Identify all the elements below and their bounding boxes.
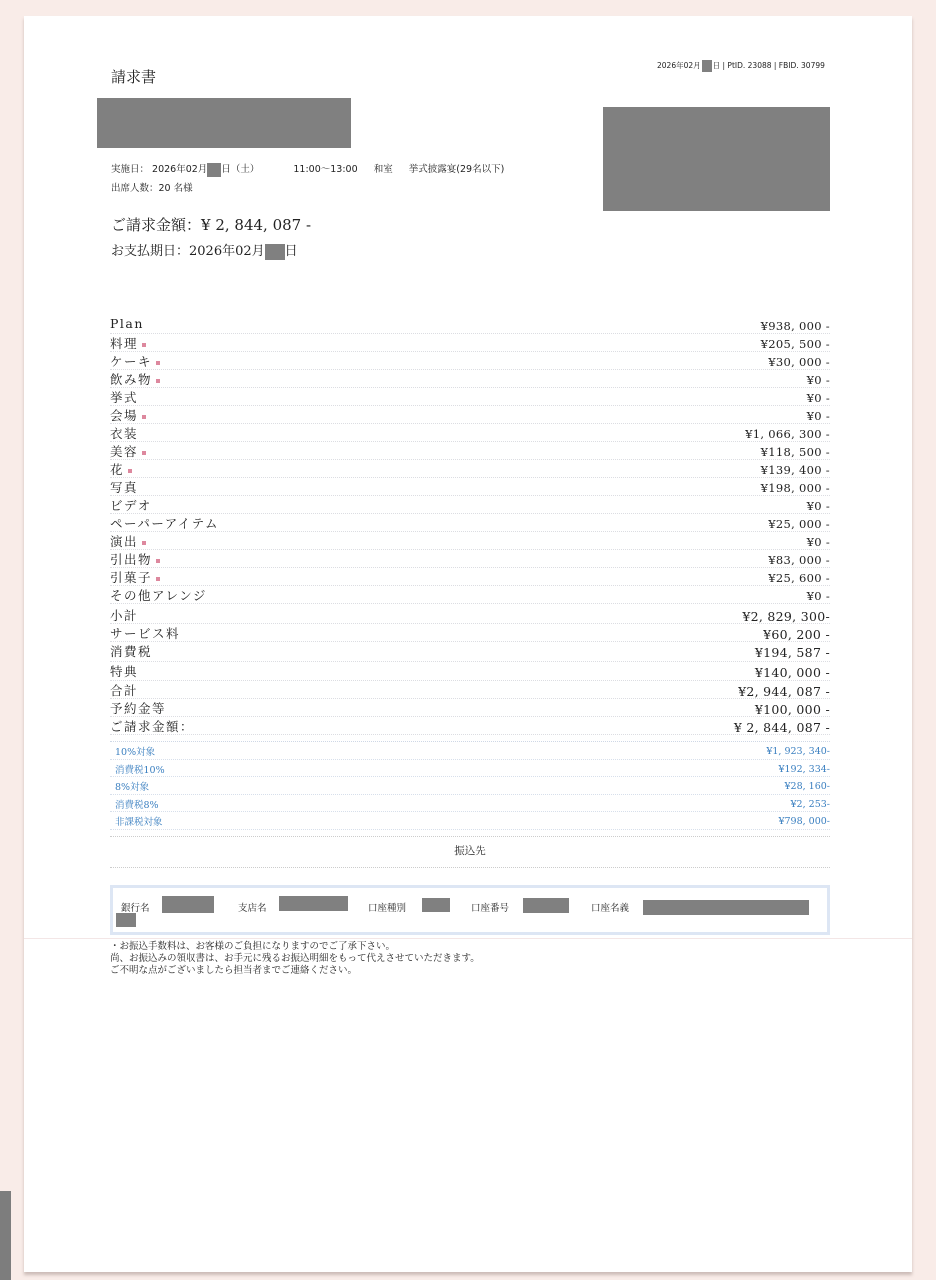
tax-row: 非課税対象¥798, 000-: [110, 812, 830, 830]
event-date-value: 2026年02月: [152, 164, 207, 175]
summary-label: 合計: [110, 681, 138, 699]
summary-amount: ¥60, 200 -: [763, 627, 830, 642]
bank-section-title: 振込先: [110, 836, 830, 868]
line-item-label: 挙式: [110, 388, 138, 406]
summary-row: 合計¥2, 944, 087 -: [110, 681, 830, 699]
line-item-row: ケーキ¥30, 000 -: [110, 352, 830, 370]
line-item-amount: ¥25, 000 -: [768, 517, 830, 531]
tax-amount: ¥28, 160-: [784, 781, 830, 792]
line-item-row: 演出¥0 -: [110, 532, 830, 550]
summary-row: 予約金等¥100, 000 -: [110, 699, 830, 717]
line-item-amount: ¥0 -: [807, 499, 830, 513]
bank-name-label: 銀行名: [121, 900, 150, 914]
tax-label: 非課税対象: [115, 814, 163, 828]
line-item-label: Plan: [110, 316, 144, 331]
summary-label: ご請求金額：: [110, 717, 194, 735]
line-item-label: 美容: [110, 442, 146, 460]
line-item-label: ビデオ: [110, 496, 152, 514]
line-item-row: 料理¥205, 500 -: [110, 334, 830, 352]
line-item-row: 引菓子¥25, 600 -: [110, 568, 830, 586]
summary-label: 小計: [110, 606, 138, 624]
line-item-row: ビデオ¥0 -: [110, 496, 830, 514]
line-item-label: 飲み物: [110, 370, 160, 388]
invoice-page: 請求書 2026年02月日 | PtID. 23088 | FBID. 3079…: [24, 16, 912, 1272]
summary-amount: ¥2, 829, 300-: [742, 609, 830, 624]
summary-label: 消費税: [110, 642, 152, 660]
summary-amount: ¥100, 000 -: [755, 702, 830, 717]
line-item-label: 引菓子: [110, 568, 160, 586]
line-item-row: 美容¥118, 500 -: [110, 442, 830, 460]
summary-label: 予約金等: [110, 699, 166, 717]
summary-row: 消費税¥194, 587 -: [110, 642, 830, 662]
line-item-label: ケーキ: [110, 352, 160, 370]
event-time: 11:00〜13:00: [293, 164, 357, 175]
line-item-amount: ¥205, 500 -: [761, 337, 830, 351]
line-item-amount: ¥0 -: [807, 409, 830, 423]
line-items-table: Plan¥938, 000 -料理¥205, 500 -ケーキ¥30, 000 …: [110, 316, 830, 735]
due-date-suffix: 日: [285, 244, 298, 259]
line-item-amount: ¥198, 000 -: [761, 481, 830, 495]
payment-notes: ・お振込手数料は、お客様のご負担になりますのでご了承下さい。 尚、お振込みの領収…: [110, 941, 480, 977]
tax-mark-icon: [156, 559, 160, 563]
summary-label: 特典: [110, 662, 138, 680]
bank-details-box: 銀行名 支店名 口座種別 口座番号 口座名義: [110, 885, 830, 935]
summary-row: ご請求金額：¥ 2, 844, 087 -: [110, 717, 830, 735]
line-item-label: 写真: [110, 478, 138, 496]
account-type-label: 口座種別: [368, 900, 406, 914]
event-info: 実施日： 2026年02月日（土） 11:00〜13:00 和室 挙式披露宴(2…: [111, 161, 504, 177]
tax-label: 10%対象: [115, 744, 155, 758]
tax-row: 消費税8%¥2, 253-: [110, 795, 830, 813]
due-date: お支払期日：2026年02月日: [111, 240, 298, 260]
redacted-venue-block: [603, 107, 830, 211]
due-date-label: お支払期日：: [111, 244, 189, 259]
page-fold-line: [24, 938, 912, 939]
due-date-value: 2026年02月: [189, 244, 265, 259]
line-item-amount: ¥0 -: [807, 391, 830, 405]
summary-row: サービス料¥60, 200 -: [110, 624, 830, 642]
line-item-amount: ¥0 -: [807, 589, 830, 603]
billing-total-value: ¥ 2, 844, 087 -: [201, 216, 311, 234]
note-line: ・お振込手数料は、お客様のご負担になりますのでご了承下さい。: [110, 941, 480, 953]
line-item-label: その他アレンジ: [110, 586, 207, 604]
tax-mark-icon: [142, 343, 146, 347]
line-item-amount: ¥83, 000 -: [768, 553, 830, 567]
tax-mark-icon: [142, 415, 146, 419]
redacted-day: [207, 163, 221, 177]
line-item-row: Plan¥938, 000 -: [110, 316, 830, 334]
line-item-label: 料理: [110, 334, 146, 352]
line-item-row: 花¥139, 400 -: [110, 460, 830, 478]
redacted-branch: [279, 896, 348, 911]
line-item-row: 写真¥198, 000 -: [110, 478, 830, 496]
redacted-account-type: [422, 898, 450, 912]
summary-amount: ¥194, 587 -: [755, 645, 830, 660]
redacted-due-day: [265, 244, 285, 260]
event-date-suffix: 日（土）: [221, 164, 259, 175]
line-item-label: ペーパーアイテム: [110, 514, 219, 532]
line-item-label: 引出物: [110, 550, 160, 568]
redacted-customer-name: [97, 98, 351, 148]
line-item-label: 演出: [110, 532, 146, 550]
line-item-row: 衣装¥1, 066, 300 -: [110, 424, 830, 442]
tax-mark-icon: [156, 361, 160, 365]
tax-label: 消費税10%: [115, 762, 165, 776]
line-item-amount: ¥0 -: [807, 373, 830, 387]
branch-label: 支店名: [238, 900, 267, 914]
summary-amount: ¥140, 000 -: [755, 665, 830, 680]
account-number-label: 口座番号: [471, 900, 509, 914]
line-item-row: 挙式¥0 -: [110, 388, 830, 406]
tax-amount: ¥1, 923, 340-: [766, 746, 830, 757]
redacted-account-holder: [643, 900, 809, 915]
redacted-account-number: [523, 898, 569, 913]
line-item-amount: ¥118, 500 -: [761, 445, 830, 459]
billing-total: ご請求金額：¥ 2, 844, 087 -: [111, 214, 311, 235]
summary-label: サービス料: [110, 624, 180, 642]
invoice-title: 請求書: [111, 66, 156, 87]
line-item-amount: ¥30, 000 -: [768, 355, 830, 369]
summary-amount: ¥2, 944, 087 -: [738, 684, 830, 699]
guest-count: 出席人数：20 名様: [111, 180, 193, 194]
tax-breakdown-table: 10%対象¥1, 923, 340-消費税10%¥192, 334-8%対象¥2…: [110, 741, 830, 830]
tax-amount: ¥192, 334-: [778, 764, 830, 775]
tax-amount: ¥798, 000-: [778, 816, 830, 827]
tax-label: 消費税8%: [115, 797, 159, 811]
account-holder-label: 口座名義: [591, 900, 629, 914]
line-item-label: 衣装: [110, 424, 138, 442]
line-item-row: 飲み物¥0 -: [110, 370, 830, 388]
tax-mark-icon: [156, 577, 160, 581]
line-item-amount: ¥938, 000 -: [761, 319, 830, 333]
tax-amount: ¥2, 253-: [791, 799, 830, 810]
event-date-label: 実施日：: [111, 164, 149, 175]
tax-label: 8%対象: [115, 779, 149, 793]
tax-row: 10%対象¥1, 923, 340-: [110, 742, 830, 760]
redacted-bank-name: [162, 896, 214, 913]
line-item-amount: ¥1, 066, 300 -: [745, 427, 830, 441]
line-item-amount: ¥25, 600 -: [768, 571, 830, 585]
line-item-row: 会場¥0 -: [110, 406, 830, 424]
redacted-account-holder-cont: [116, 913, 136, 927]
line-item-amount: ¥139, 400 -: [761, 463, 830, 477]
left-edge-strip: [0, 1191, 11, 1280]
tax-mark-icon: [142, 541, 146, 545]
summary-row: 小計¥2, 829, 300-: [110, 606, 830, 624]
summary-amount: ¥ 2, 844, 087 -: [734, 720, 830, 735]
event-room: 和室: [374, 164, 393, 175]
header-meta: 2026年02月日 | PtID. 23088 | FBID. 30799: [657, 60, 825, 72]
line-item-row: ペーパーアイテム¥25, 000 -: [110, 514, 830, 532]
line-item-label: 花: [110, 460, 132, 478]
tax-mark-icon: [142, 451, 146, 455]
line-item-label: 会場: [110, 406, 146, 424]
billing-total-label: ご請求金額：: [111, 216, 201, 234]
note-line: 尚、お振込みの領収書は、お手元に残るお振込明細をもって代えさせていただきます。: [110, 953, 480, 965]
event-plan: 挙式披露宴(29名以下): [409, 164, 505, 175]
tax-mark-icon: [128, 469, 132, 473]
summary-row: 特典¥140, 000 -: [110, 662, 830, 682]
line-item-amount: ¥0 -: [807, 535, 830, 549]
line-item-row: 引出物¥83, 000 -: [110, 550, 830, 568]
tax-row: 消費税10%¥192, 334-: [110, 760, 830, 778]
note-line: ご不明な点がございましたら担当者までご連絡ください。: [110, 965, 480, 977]
tax-row: 8%対象¥28, 160-: [110, 777, 830, 795]
line-item-row: その他アレンジ¥0 -: [110, 586, 830, 604]
tax-mark-icon: [156, 379, 160, 383]
